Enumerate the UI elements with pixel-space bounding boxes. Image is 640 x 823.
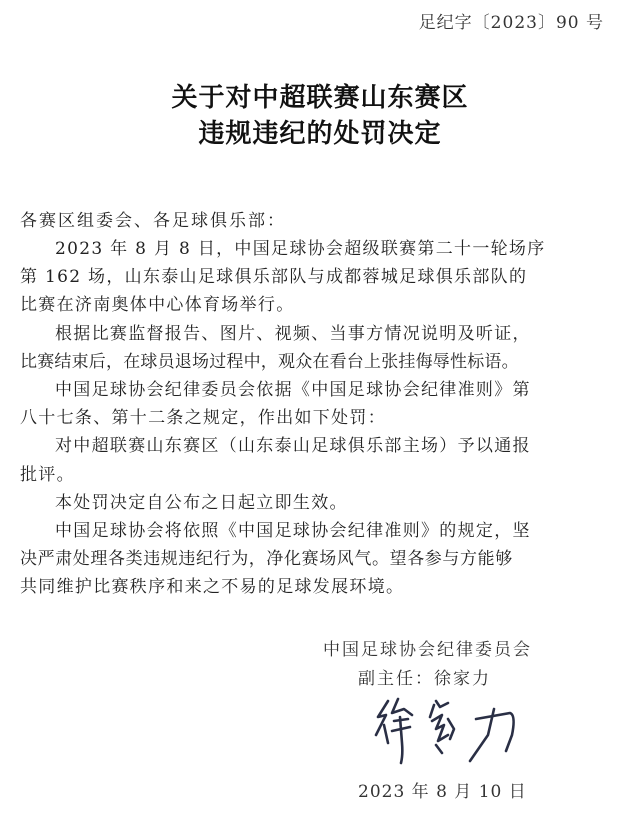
body-line: 共同维护比赛秩序和来之不易的足球发展环境。 [20, 573, 620, 601]
document-title: 关于对中超联赛山东赛区 违规违纪的处罚决定 [0, 80, 640, 152]
body-line: 中国足球协会将依照《中国足球协会纪律准则》的规定，坚 [20, 517, 620, 545]
body-line: 中国足球协会纪律委员会依据《中国足球协会纪律准则》第 [20, 376, 620, 404]
title-line-2: 违规违纪的处罚决定 [0, 116, 640, 152]
body-line: 根据比赛监督报告、图片、视频、当事方情况说明及听证， [20, 320, 620, 348]
body-line: 对中超联赛山东赛区（山东泰山足球俱乐部主场）予以通报 [20, 432, 620, 460]
body-line: 批评。 [20, 461, 620, 489]
signature-icon [370, 695, 530, 770]
body-line: 比赛在济南奥体中心体育场举行。 [20, 291, 620, 319]
body-line: 第 162 场，山东泰山足球俱乐部队与成都蓉城足球俱乐部队的 [20, 263, 620, 291]
body-line: 八十七条、第十二条之规定，作出如下处罚： [20, 404, 620, 432]
body-line: 本处罚决定自公布之日起立即生效。 [20, 489, 620, 517]
issuing-organization: 中国足球协会纪律委员会 [323, 635, 532, 660]
body-line: 比赛结束后，在球员退场过程中，观众在看台上张挂侮辱性标语。 [20, 348, 620, 376]
deputy-director: 副主任：徐家力 [358, 664, 491, 689]
document-number: 足纪字〔2023〕90 号 [419, 8, 604, 33]
title-line-1: 关于对中超联赛山东赛区 [0, 80, 640, 116]
signature-image [370, 695, 530, 770]
body-line: 决严肃处理各类违规违纪行为，净化赛场风气。望各参与方能够 [20, 545, 620, 573]
issue-date: 2023 年 8 月 10 日 [358, 777, 527, 802]
salutation: 各赛区组委会、各足球俱乐部： [20, 207, 286, 235]
body-text: 2023 年 8 月 8 日，中国足球协会超级联赛第二十一轮场序 第 162 场… [20, 235, 620, 601]
body-line: 2023 年 8 月 8 日，中国足球协会超级联赛第二十一轮场序 [20, 235, 620, 263]
